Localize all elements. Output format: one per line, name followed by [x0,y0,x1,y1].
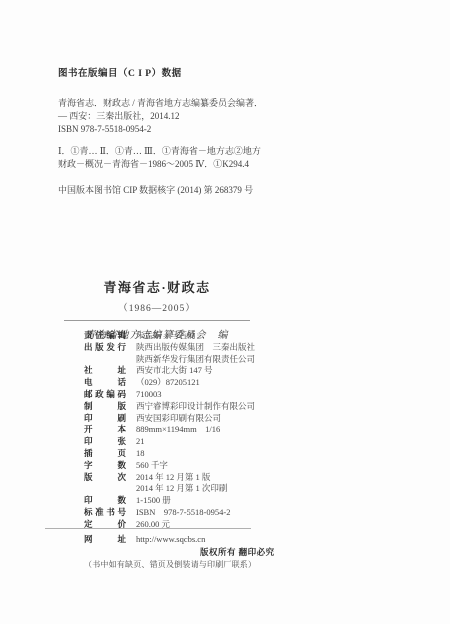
colophon-value: 21 [136,436,145,446]
colophon-value: 西宁睿博彩印设计制作有限公司 [136,401,255,411]
colophon-value: 陕西出版传媒集团 三秦出版社 [136,342,255,352]
colophon-row: 印刷西安国彩印刷有限公司 [84,413,384,425]
colophon-label: 标准书号 [84,507,126,519]
footer-divider [45,528,251,529]
colophon-value: 889mm×1194mm 1/16 [136,424,220,434]
cip-record-number: 中国版本图书馆 CIP 数据核字 (2014) 第 268379 号 [58,184,398,197]
colophon-value: （029）87205121 [136,377,200,387]
colophon-value: 朱孟娟 马若楠 [136,330,196,340]
colophon-row: 版次2014 年 12 月第 1 版 [84,472,384,484]
colophon-value: 2014 年 12 月第 1 版 [136,472,210,482]
colophon-row: 印张21 [84,436,384,448]
cip-classification-line2: 财政－概况－青海省－1986～2005 Ⅳ．①K294.4 [58,158,398,171]
book-title: 青海省志·财政志 [64,277,250,296]
cip-classification-line1: Ⅰ．①青… Ⅱ．①青… Ⅲ．①青海省－地方志②地方 [58,145,398,158]
book-subtitle-years: （1986—2005） [64,300,250,314]
copyright-page: 图书在版编目（C I P）数据 青海省志．财政志 / 青海省地方志编纂委员会编著… [0,0,450,624]
colophon-label: 电话 [84,377,126,389]
colophon-row: 出版发行陕西出版传媒集团 三秦出版社 [84,342,384,354]
colophon-table: 责任编辑朱孟娟 马若楠出版发行陕西出版传媒集团 三秦出版社陕西新华发行集团有限责… [84,330,384,531]
colophon-label: 印刷 [84,413,126,425]
website-row: 网址http://www.sqcbs.cn [84,534,205,546]
title-divider [64,320,250,321]
cip-isbn-line: ISBN 978-7-5518-0954-2 [58,123,398,136]
colophon-label: 版次 [84,472,126,484]
colophon-label: 责任编辑 [84,330,126,342]
cip-block: 图书在版编目（C I P）数据 青海省志．财政志 / 青海省地方志编纂委员会编著… [58,68,398,197]
website-url: http://www.sqcbs.cn [136,534,205,544]
colophon-label: 印张 [84,436,126,448]
website-label: 网址 [84,534,126,546]
colophon-label: 邮政编码 [84,389,126,401]
colophon-value: 560 千字 [136,460,168,470]
copyright-notice: 版权所有 翻印必究 [200,546,275,558]
colophon-label: 插页 [84,448,126,460]
colophon-row: 制版西宁睿博彩印设计制作有限公司 [84,401,384,413]
colophon-value: 710003 [136,389,162,399]
colophon-value: 1-1500 册 [136,495,171,505]
colophon-row: 印数1-1500 册 [84,495,384,507]
colophon-row: 电话（029）87205121 [84,377,384,389]
colophon-value: 18 [136,448,145,458]
colophon-label: 出版发行 [84,342,126,354]
colophon-label: 制版 [84,401,126,413]
colophon-row: 社址西安市北大街 147 号 [84,365,384,377]
colophon-value: ISBN 978-7-5518-0954-2 [136,507,230,517]
colophon-row: 开本889mm×1194mm 1/16 [84,424,384,436]
colophon-value-line2: 2014 年 12 月第 1 次印刷 [136,483,384,495]
colophon-row: 责任编辑朱孟娟 马若楠 [84,330,384,342]
cip-title-line: 青海省志．财政志 / 青海省地方志编纂委员会编著． [58,97,398,110]
colophon-row: 邮政编码710003 [84,389,384,401]
colophon-row: 标准书号ISBN 978-7-5518-0954-2 [84,507,384,519]
colophon-value: 西安市北大街 147 号 [136,365,213,375]
cip-heading: 图书在版编目（C I P）数据 [58,68,398,81]
colophon-row: 字数560 千字 [84,460,384,472]
cip-publisher-line: — 西安：三秦出版社，2014.12 [58,110,398,123]
colophon-value-line2: 陕西新华发行集团有限责任公司 [136,354,384,366]
colophon-row: 插页18 [84,448,384,460]
colophon-label: 字数 [84,460,126,472]
colophon-label: 社址 [84,365,126,377]
colophon-label: 开本 [84,424,126,436]
colophon-label: 印数 [84,495,126,507]
printing-note: （书中如有缺页、错页及倒装请与印刷厂联系） [84,559,256,570]
colophon-value: 西安国彩印刷有限公司 [136,413,221,423]
